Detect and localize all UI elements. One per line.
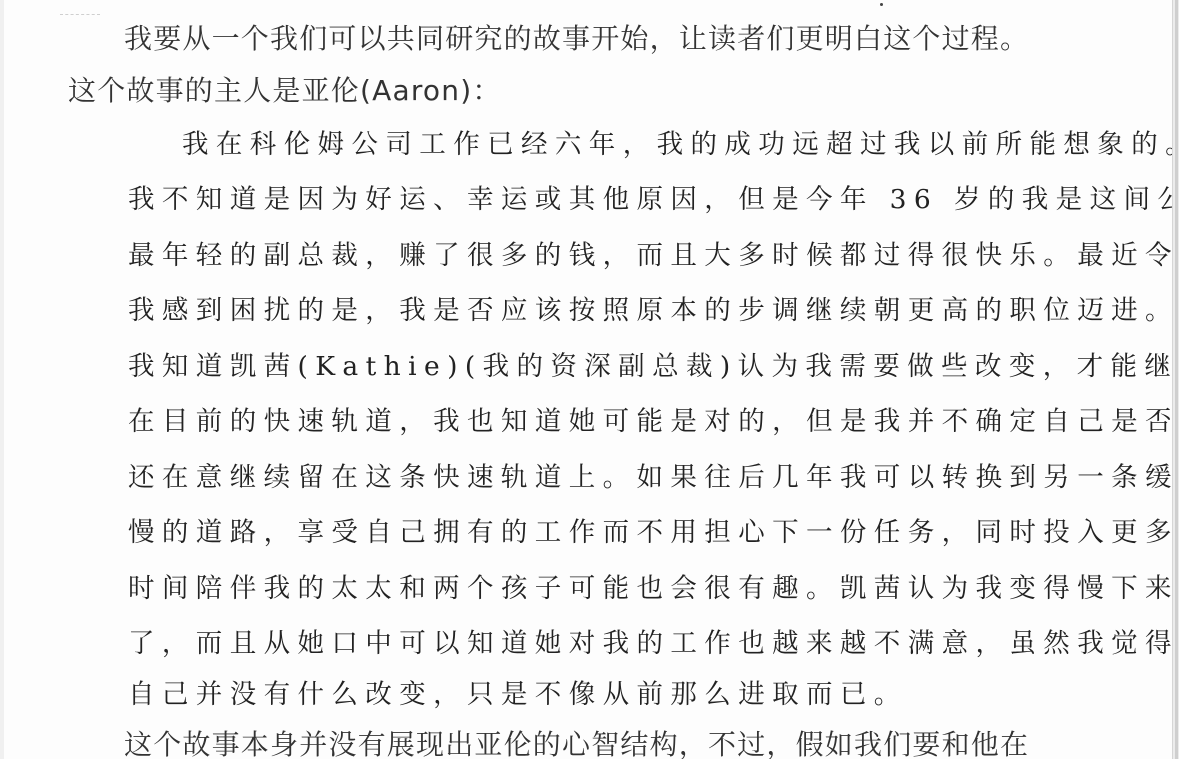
quote-text-line: 我感到困扰的是，我是否应该按照原本的步调继续朝更高的职位迈进。 (128, 291, 1172, 331)
quote-text-line: 自己并没有什么改变，只是不像从前那么进取而已。 (128, 675, 908, 715)
body-text-line: 我要从一个我们可以共同研究的故事开始，让读者们更明白这个过程。 (124, 19, 1029, 59)
scrollbar-thumb[interactable] (1175, 0, 1178, 759)
quote-text-line: 时间陪伴我的太太和两个孩子可能也会很有趣。凯茜认为我变得慢下来 (128, 569, 1172, 609)
quote-text-line: 最年轻的副总裁，赚了很多的钱，而且大多时候都过得很快乐。最近令 (128, 236, 1172, 276)
body-text-line: 这个故事本身并没有展现出亚伦的心智结构，不过，假如我们要和他在 (124, 725, 1029, 759)
quote-text-line: 慢的道路，享受自己拥有的工作而不用担心下一份任务，同时投入更多 (128, 513, 1172, 553)
vertical-scrollbar[interactable] (1172, 0, 1179, 759)
quote-text-line: 了，而且从她口中可以知道她对我的工作也越来越不满意，虽然我觉得 (128, 624, 1172, 664)
body-text-line: 这个故事的主人是亚伦(Aaron)： (68, 71, 502, 111)
scanned-page: 我要从一个我们可以共同研究的故事开始，让读者们更明白这个过程。 这个故事的主人是… (4, 0, 1172, 759)
quote-text-line: 我知道凯茜(Kathie)(我的资深副总裁)认为我需要做些改变，才能继续待 (128, 347, 1172, 387)
document-viewer: 我要从一个我们可以共同研究的故事开始，让读者们更明白这个过程。 这个故事的主人是… (0, 0, 1179, 759)
quote-text-line: 我在科伦姆公司工作已经六年，我的成功远超过我以前所能想象的。 (182, 125, 1172, 165)
quote-text-line: 我不知道是因为好运、幸运或其他原因，但是今年 36 岁的我是这间公司 (128, 180, 1172, 220)
quote-text-line: 还在意继续留在这条快速轨道上。如果往后几年我可以转换到另一条缓 (128, 458, 1172, 498)
scan-artifact-dot (880, 3, 883, 6)
quote-text-line: 在目前的快速轨道，我也知道她可能是对的，但是我并不确定自己是否 (128, 402, 1172, 442)
scan-artifact (60, 14, 100, 16)
